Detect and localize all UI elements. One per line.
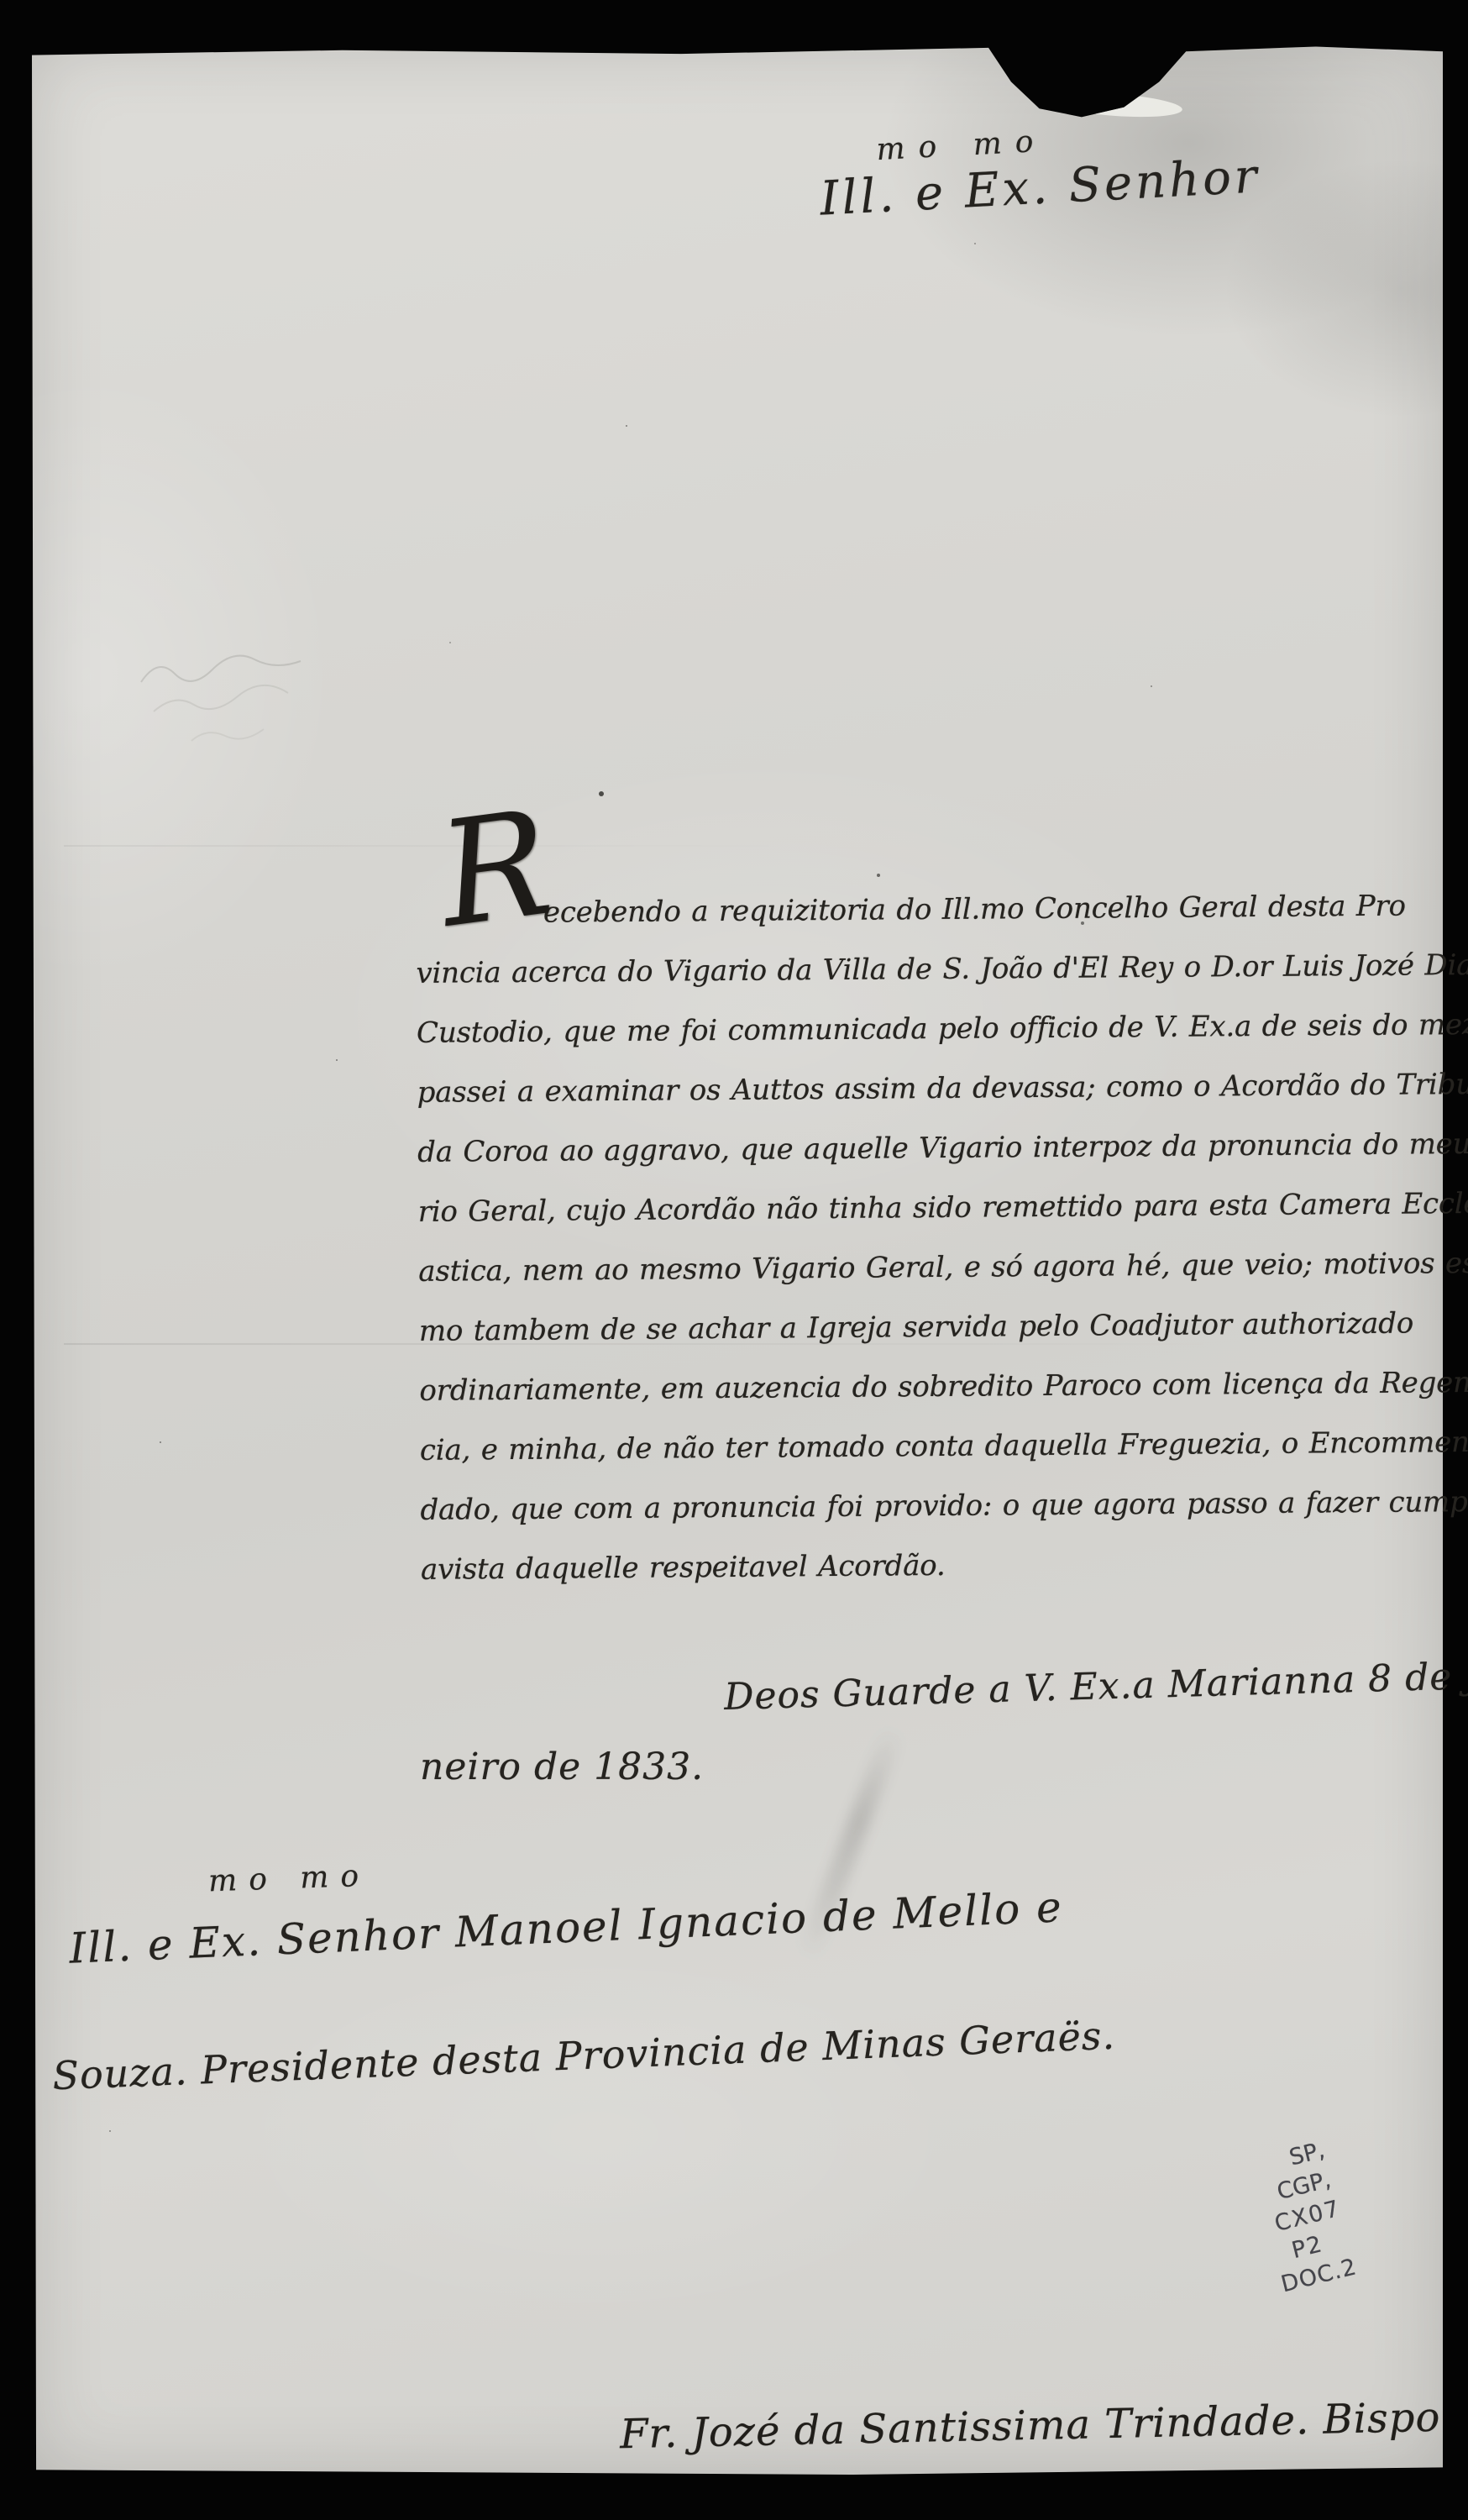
body-line: passei a examinar os Auttos assim da dev… <box>417 1055 1450 1123</box>
body-line: da Coroa ao aggravo, que aquelle Vigario… <box>417 1115 1451 1183</box>
body-line: vincia acerca do Vigario da Villa de S. … <box>416 936 1450 1004</box>
under-sheet-edge-line <box>82 2496 1392 2499</box>
body-line: avista daquelle respeitavel Acordão. <box>421 1532 1455 1600</box>
body-line: ordinariamente, em auzencia do sobredito… <box>419 1353 1453 1421</box>
body-line: rio Geral, cujo Acordão não tinha sido r… <box>417 1174 1451 1242</box>
body-line: Custodio, que me foi communicada pelo of… <box>417 995 1450 1063</box>
letter-body: R ecebendo a requizitoria do Ill.mo Conc… <box>416 876 1455 1600</box>
valediction-line-2: neiro de 1833. <box>420 1746 704 1788</box>
pencil-scribble <box>133 623 418 766</box>
body-line: mo tambem de se achar a Igreja servida p… <box>419 1294 1453 1362</box>
ornate-drop-cap: R <box>430 779 559 960</box>
body-line: cia, e minha, de não ter tomado conta da… <box>420 1413 1454 1481</box>
torn-notch-highlight <box>1049 90 1182 121</box>
ink-specks <box>599 791 604 796</box>
body-line: astica, nem ao mesmo Vigario Geral, e só… <box>418 1234 1452 1302</box>
scanned-document-background: mo mo Ill. e Ex. Senhor R ecebendo a req… <box>0 0 1468 2520</box>
body-line: ecebendo a requizitoria do Ill.mo Concel… <box>416 876 1450 944</box>
addressee-superscript: mo mo <box>207 1859 370 1899</box>
body-line: dado, que com a pronuncia foi provido: o… <box>420 1473 1454 1541</box>
